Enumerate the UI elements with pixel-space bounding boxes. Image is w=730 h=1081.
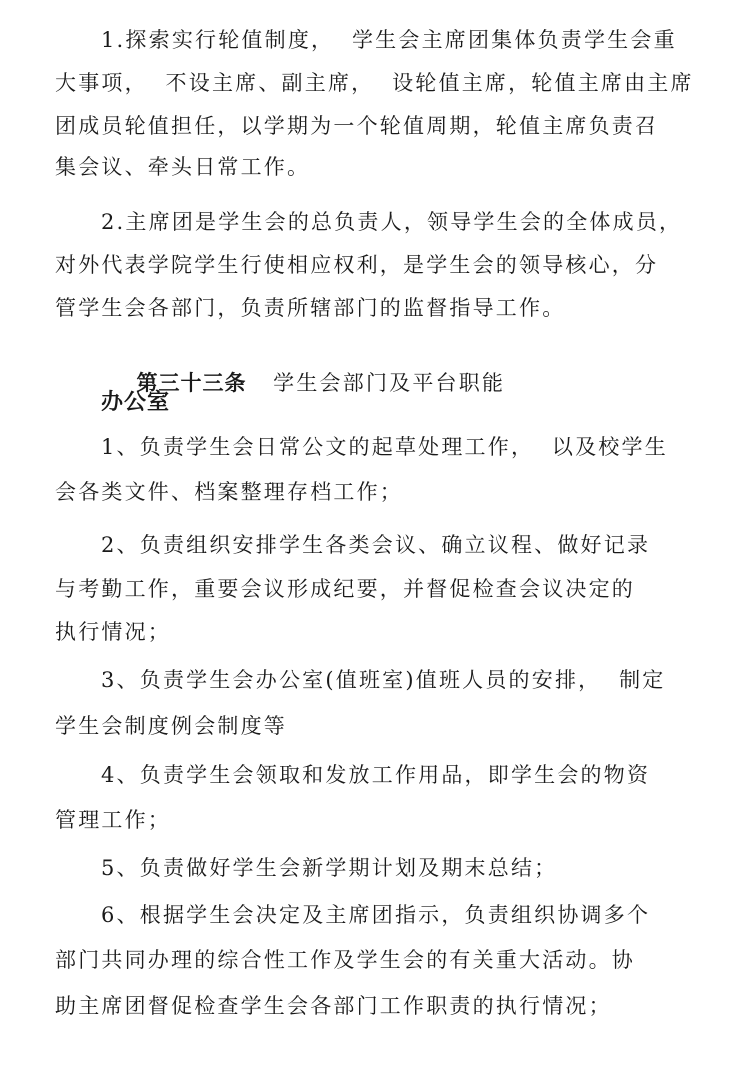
text-line: 部门共同办理的综合性工作及学生会的有关重大活动。协 xyxy=(55,946,635,974)
article-spacer xyxy=(247,371,274,395)
text-line: 会各类文件、档案整理存档工作； xyxy=(55,478,403,506)
text-line: 学生会制度例会制度等 xyxy=(55,712,287,740)
text-line: 管学生会各部门，负责所辖部门的监督指导工作。 xyxy=(55,294,565,322)
article-title: 学生会部门及平台职能 xyxy=(273,371,505,395)
text-line: 6、根据学生会决定及主席团指示，负责组织协调多个 xyxy=(101,901,650,929)
text-line: 团成员轮值担任，以学期为一个轮值周期，轮值主席负责召 xyxy=(55,112,658,140)
text-line: 对外代表学院学生行使相应权利，是学生会的领导核心，分 xyxy=(55,251,658,279)
text-line: 1.探索实行轮值制度， 学生会主席团集体负责学生会重 xyxy=(101,26,677,54)
text-line: 2.主席团是学生会的总负责人，领导学生会的全体成员， xyxy=(101,208,682,236)
section-heading-office: 办公室 xyxy=(101,389,170,417)
text-line: 3、负责学生会办公室(值班室)值班人员的安排， 制定 xyxy=(101,666,666,694)
text-line: 与考勤工作，重要会议形成纪要，并督促检查会议决定的 xyxy=(55,575,635,603)
text-line: 集会议、牵头日常工作。 xyxy=(55,153,310,181)
text-line: 管理工作； xyxy=(55,806,171,834)
text-line: 2、负责组织安排学生各类会议、确立议程、做好记录 xyxy=(101,531,650,559)
text-line: 5、负责做好学生会新学期计划及期末总结； xyxy=(101,854,557,882)
text-line: 助主席团督促检查学生会各部门工作职责的执行情况； xyxy=(55,992,612,1020)
text-line: 1、负责学生会日常公文的起草处理工作， 以及校学生 xyxy=(101,433,668,461)
text-line: 执行情况； xyxy=(55,618,171,646)
text-line: 4、负责学生会领取和发放工作用品，即学生会的物资 xyxy=(101,761,650,789)
text-line: 大事项， 不设主席、副主席， 设轮值主席，轮值主席由主席 xyxy=(55,69,694,97)
